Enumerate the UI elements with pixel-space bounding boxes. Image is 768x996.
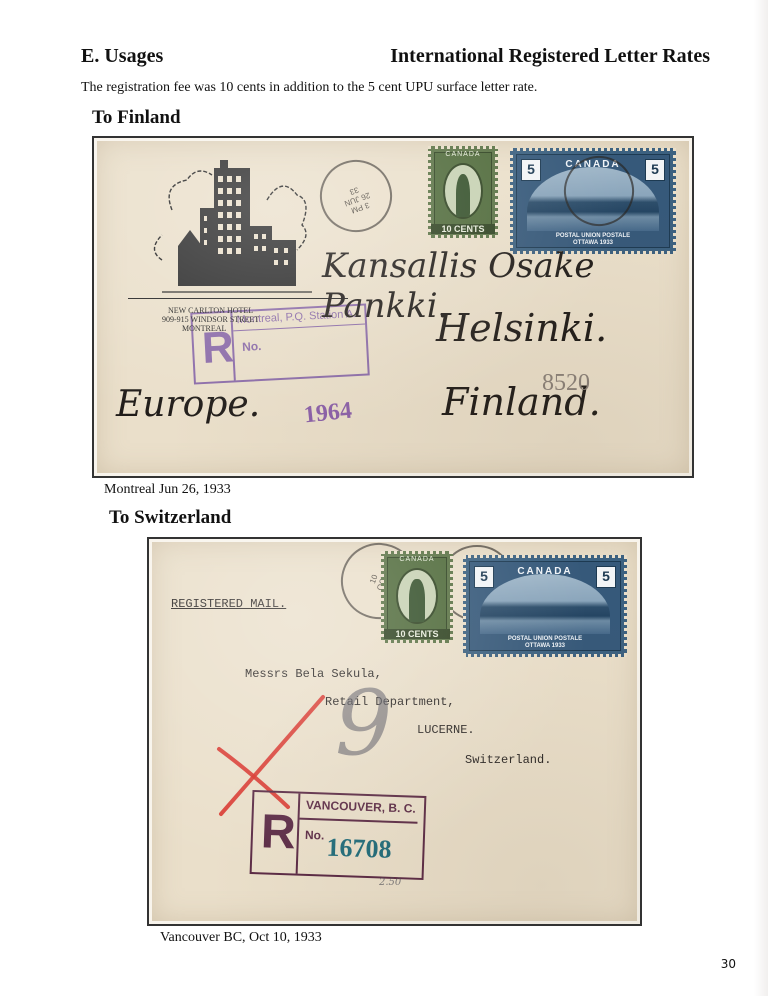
page-heading: International Registered Letter Rates — [390, 45, 710, 68]
registration-label-switzerland: R VANCOUVER, B. C. No. 16708 — [250, 790, 427, 880]
corner-card-line: NEW CARLTON HOTEL — [162, 306, 259, 315]
corner-card-line: 909-915 WINDSOR STREET — [162, 315, 259, 324]
annotation-europe: Europe. — [116, 384, 260, 425]
stamp-10-cents: CANADA 10 CENTS — [428, 146, 498, 238]
registered-mail-text: REGISTERED MAIL. — [171, 597, 286, 611]
pencil-rate-note: 2.50 — [379, 877, 401, 888]
cover-heading-switzerland: To Switzerland — [109, 507, 231, 529]
address-line-4: Switzerland. — [465, 753, 551, 767]
cover-heading-finland: To Finland — [92, 107, 181, 129]
corner-card: NEW CARLTON HOTEL 909-915 WINDSOR STREET… — [162, 306, 259, 333]
postmark-date: 3 PM 26 JUN 33 — [321, 175, 394, 224]
corner-card-line: MONTREAL — [162, 324, 259, 333]
intro-text: The registration fee was 10 cents in add… — [81, 80, 537, 96]
address-line-3: LUCERNE. — [417, 723, 475, 737]
pencil-annotation: 9 — [335, 679, 392, 769]
registration-office: VANCOUVER, B. C. — [306, 798, 416, 816]
annotation-grey-number: 8520 — [542, 370, 590, 397]
stamp-5-cents: 5 5 CANADA POSTAL UNION POSTALEOTTAWA 19… — [463, 555, 627, 657]
cover-switzerland: REGISTERED MAIL. 10 OCT 33 CANADA 10 CEN… — [147, 537, 642, 926]
cover-caption-switzerland: Vancouver BC, Oct 10, 1933 — [160, 930, 322, 946]
registration-number-label: No. — [305, 828, 325, 843]
stamp-10-cents: CANADA 10 CENTS — [381, 551, 453, 643]
annotation-purple-number: 1964 — [303, 398, 354, 430]
registration-letter: R — [260, 804, 297, 860]
letterhead-rule — [128, 298, 348, 299]
section-title: E. Usages — [81, 45, 163, 68]
hotel-illustration-icon — [142, 150, 312, 298]
cover-finland: R Montreal, P.Q. Station A. No. NEW CARL… — [92, 136, 694, 478]
cover-caption-finland: Montreal Jun 26, 1933 — [104, 482, 231, 498]
postmark-montreal: 3 PM 26 JUN 33 — [310, 150, 402, 242]
registration-number: 16708 — [326, 833, 392, 865]
page-edge-shade — [754, 0, 768, 996]
address-line-2: Helsinki. — [436, 306, 607, 350]
registration-number-label: No. — [242, 339, 262, 354]
page-number: 30 — [721, 957, 736, 971]
